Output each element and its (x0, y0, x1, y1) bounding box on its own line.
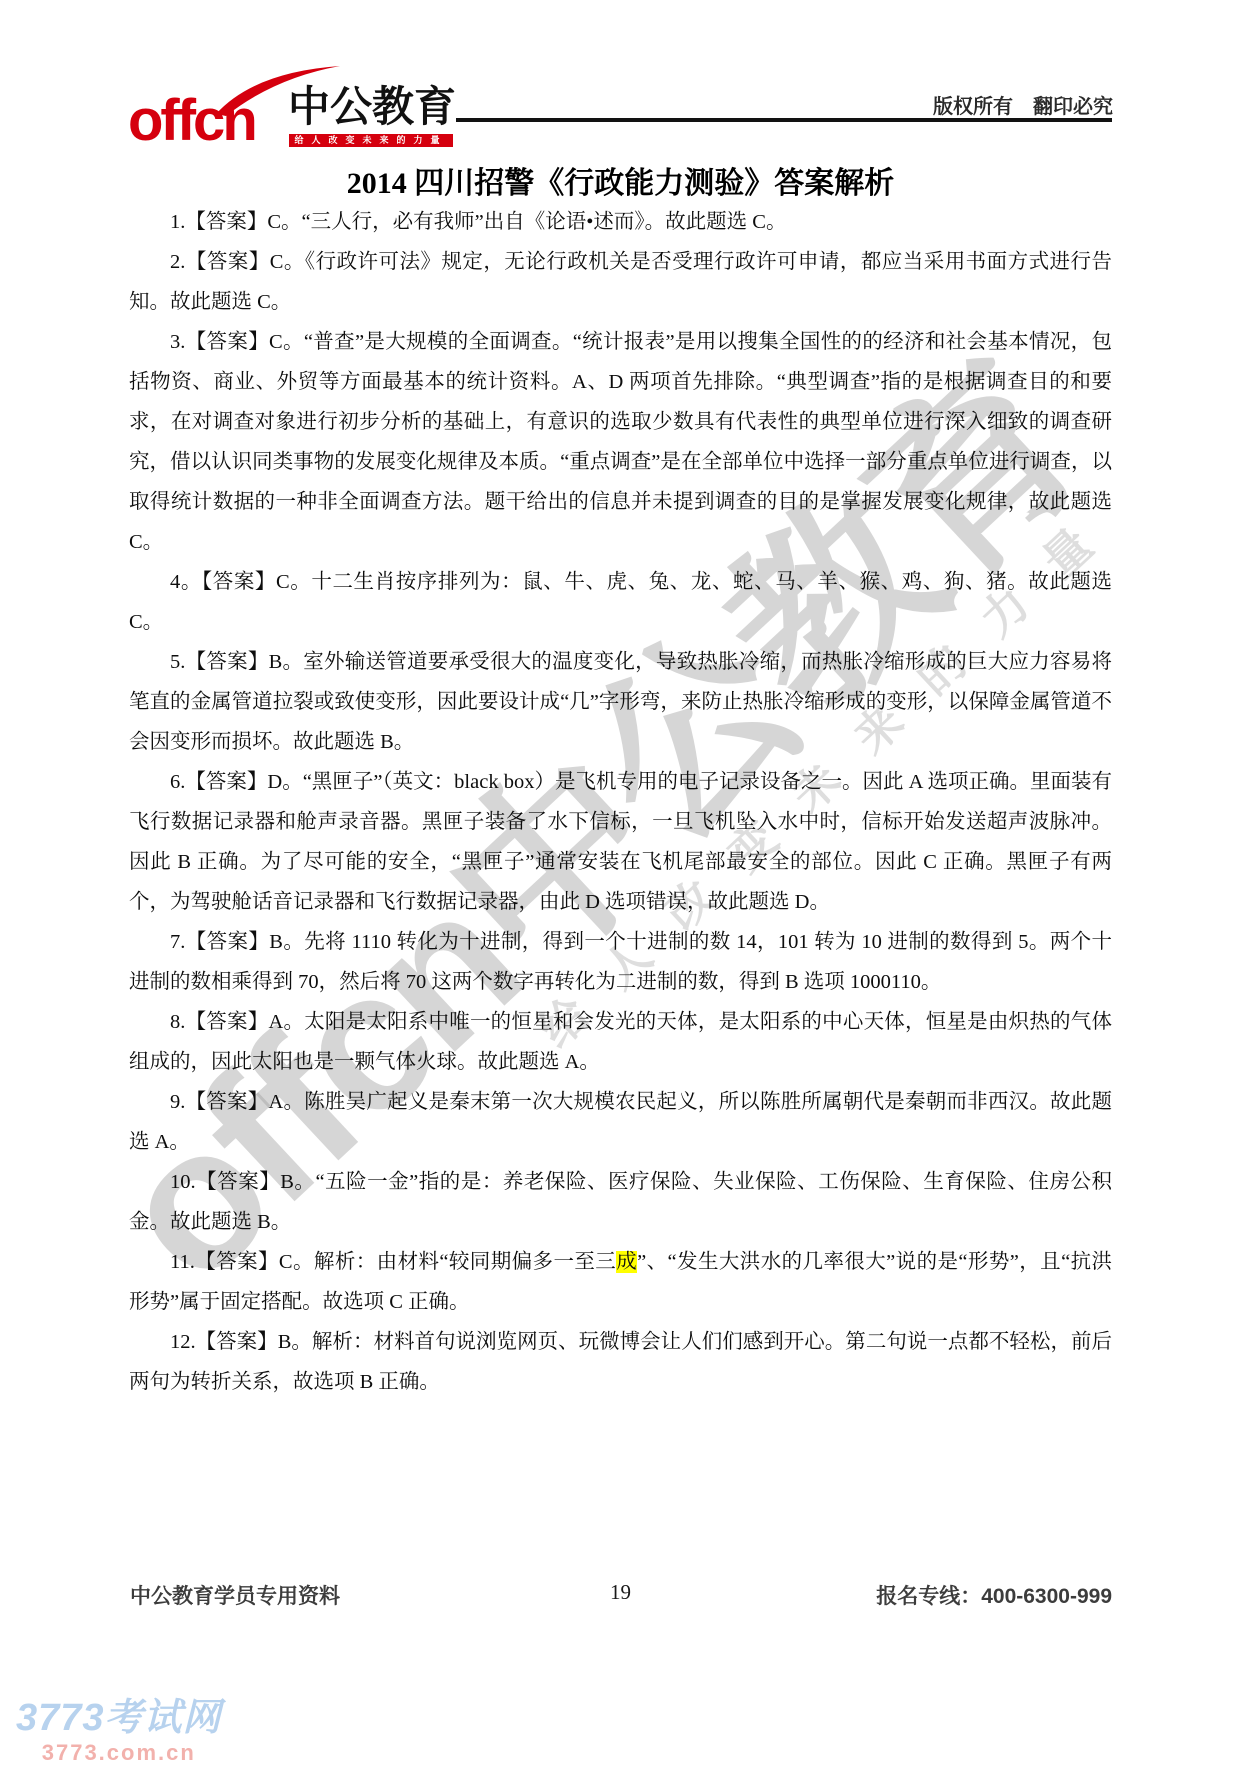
answer-text: 3.【答案】C。“普查”是大规模的全面调查。“统计报表”是用以搜集全国性的的经济… (129, 331, 1112, 553)
answer-text: 8.【答案】A。太阳是太阳系中唯一的恒星和会发光的天体，是太阳系的中心天体，恒星… (129, 1011, 1112, 1073)
site-watermark-domain: 3773.com.cn (16, 1740, 222, 1766)
answer-text: 10.【答案】B。“五险一金”指的是：养老保险、医疗保险、失业保险、工伤保险、生… (129, 1171, 1112, 1233)
answer-text: 4。【答案】C。十二生肖按序排列为：鼠、牛、虎、兔、龙、蛇、马、羊、猴、鸡、狗、… (129, 571, 1112, 633)
answer-item-8: 8.【答案】A。太阳是太阳系中唯一的恒星和会发光的天体，是太阳系的中心天体，恒星… (129, 1002, 1112, 1082)
answer-item-11: 11.【答案】C。解析：由材料“较同期偏多一至三成”、“发生大洪水的几率很大”说… (129, 1242, 1112, 1322)
answer-item-3: 3.【答案】C。“普查”是大规模的全面调查。“统计报表”是用以搜集全国性的的经济… (129, 322, 1112, 562)
answer-item-9: 9.【答案】A。陈胜吴广起义是秦末第一次大规模农民起义，所以陈胜所属朝代是秦朝而… (129, 1082, 1112, 1162)
answer-item-1: 1.【答案】C。“三人行，必有我师”出自《论语•述而》。故此题选 C。 (129, 202, 1112, 242)
logo-brand-name: 中公教育 (288, 86, 456, 128)
answer-text: 2.【答案】C。《行政许可法》规定，无论行政机关是否受理行政许可申请，都应当采用… (129, 251, 1112, 313)
answer-text: 5.【答案】B。室外输送管道要承受很大的温度变化，导致热胀冷缩，而热胀冷缩形成的… (129, 651, 1112, 753)
answer-item-12: 12.【答案】B。解析：材料首句说浏览网页、玩微博会让人们们感到开心。第二句说一… (129, 1322, 1112, 1402)
answer-item-4: 4。【答案】C。十二生肖按序排列为：鼠、牛、虎、兔、龙、蛇、马、羊、猴、鸡、狗、… (129, 562, 1112, 642)
answer-item-10: 10.【答案】B。“五险一金”指的是：养老保险、医疗保险、失业保险、工伤保险、生… (129, 1162, 1112, 1242)
answer-text: 11.【答案】C。解析：由材料“较同期偏多一至三 (170, 1251, 616, 1273)
highlighted-text: 成 (616, 1251, 637, 1273)
answer-item-5: 5.【答案】B。室外输送管道要承受很大的温度变化，导致热胀冷缩，而热胀冷缩形成的… (129, 642, 1112, 762)
answer-text: 7.【答案】B。先将 1110 转化为十进制，得到一个十进制的数 14，101 … (129, 931, 1112, 993)
answer-text: 1.【答案】C。“三人行，必有我师”出自《论语•述而》。故此题选 C。 (170, 211, 786, 233)
logo-wordmark: offcn (128, 92, 255, 150)
answer-item-2: 2.【答案】C。《行政许可法》规定，无论行政机关是否受理行政许可申请，都应当采用… (129, 242, 1112, 322)
answer-text: 6.【答案】D。“黑匣子”（英文：black box）是飞机专用的电子记录设备之… (129, 771, 1112, 913)
site-watermark: 3773考试网 3773.com.cn (16, 1698, 222, 1766)
logo-tagline: 给人改变未来的力量 (289, 134, 453, 147)
copyright-notice: 版权所有 翻印必究 (933, 90, 1113, 119)
footer-hotline: 报名专线：400-6300-999 (876, 1580, 1112, 1610)
offcn-logo: offcn 中公教育 给人改变未来的力量 (128, 76, 468, 154)
answers-section: 1.【答案】C。“三人行，必有我师”出自《论语•述而》。故此题选 C。 2.【答… (129, 202, 1112, 1402)
answer-item-7: 7.【答案】B。先将 1110 转化为十进制，得到一个十进制的数 14，101 … (129, 922, 1112, 1002)
answer-text: 9.【答案】A。陈胜吴广起义是秦末第一次大规模农民起义，所以陈胜所属朝代是秦朝而… (129, 1091, 1112, 1153)
document-page: offcn中公教育 给人改变未来的力量 offcn 中公教育 给人改变未来的力量… (0, 0, 1241, 1778)
site-watermark-name: 3773考试网 (16, 1698, 222, 1740)
answer-item-6: 6.【答案】D。“黑匣子”（英文：black box）是飞机专用的电子记录设备之… (129, 762, 1112, 922)
page-title: 2014 四川招警《行政能力测验》答案解析 (0, 158, 1241, 202)
answer-text: 12.【答案】B。解析：材料首句说浏览网页、玩微博会让人们们感到开心。第二句说一… (129, 1331, 1112, 1393)
